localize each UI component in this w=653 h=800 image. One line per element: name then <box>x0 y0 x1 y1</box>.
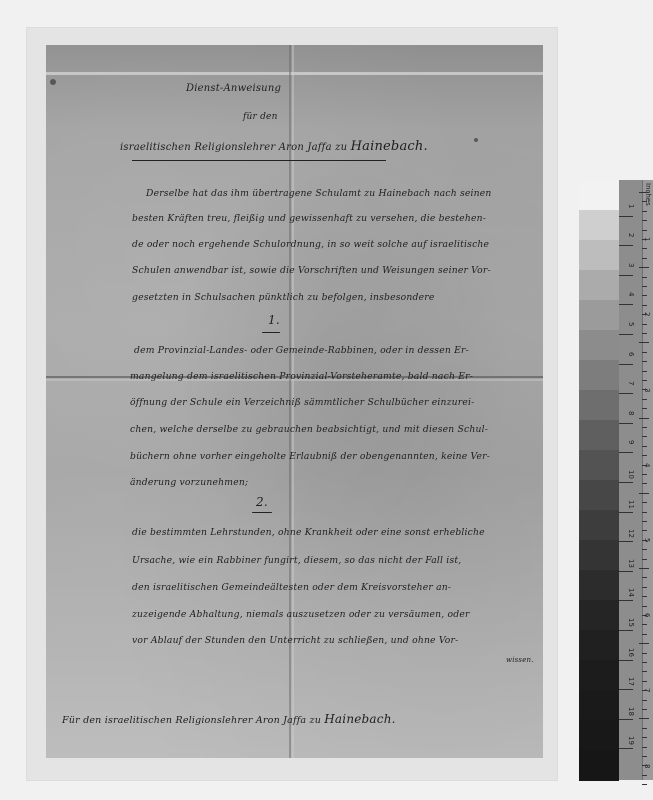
section-line: mangelung dem israelitischen Provinzial-… <box>130 371 473 382</box>
inch-tick <box>642 305 647 306</box>
inch-tick <box>639 643 649 644</box>
inch-tick <box>642 559 647 560</box>
section-line: Ursache, wie ein Rabbiner fungirt, diese… <box>132 555 461 566</box>
inch-tick <box>642 352 647 353</box>
inch-tick <box>642 784 647 785</box>
cm-label: 12 <box>627 529 635 538</box>
paper-crease <box>46 72 543 75</box>
cm-tick <box>619 541 633 542</box>
inch-tick <box>642 634 647 635</box>
cm-label: 19 <box>627 736 635 745</box>
cm-label: 2 <box>627 233 635 237</box>
inch-tick <box>642 474 647 475</box>
gray-patch <box>579 750 619 781</box>
inch-tick <box>642 286 647 287</box>
gray-patch <box>579 360 619 391</box>
cm-tick <box>619 600 633 601</box>
inch-tick <box>642 483 647 484</box>
gray-patch <box>579 660 619 691</box>
inch-tick <box>642 314 647 315</box>
cm-label: 10 <box>627 470 635 479</box>
gray-patch <box>579 240 619 271</box>
heading-addressee: israelitischen Religionslehrer Aron Jaff… <box>120 142 347 153</box>
inch-tick <box>642 624 647 625</box>
inch-tick <box>642 775 647 776</box>
inch-tick <box>642 295 647 296</box>
section-line: änderung vorzunehmen; <box>130 477 248 488</box>
section-line: wissen. <box>506 656 534 664</box>
inch-tick <box>642 549 647 550</box>
inch-tick <box>642 361 647 362</box>
inch-tick <box>642 700 647 701</box>
inch-tick <box>642 671 647 672</box>
section-line: dem Provinzial-Landes- oder Gemeinde-Rab… <box>134 345 469 356</box>
inch-tick <box>642 728 647 729</box>
inch-tick <box>642 709 647 710</box>
cm-tick <box>619 216 633 217</box>
cm-label: 18 <box>627 707 635 716</box>
inch-tick <box>642 530 647 531</box>
intro-line: gesetzten in Schulsachen pünktlich zu be… <box>132 292 434 303</box>
cm-label: 5 <box>627 322 635 326</box>
section-line: zuzeigende Abhaltung, niemals auszusetze… <box>132 609 470 620</box>
section-line: die bestimmten Lehrstunden, ohne Krankhe… <box>132 527 485 538</box>
section-number: 1. <box>268 313 280 327</box>
inch-tick <box>642 324 647 325</box>
inch-tick <box>642 446 647 447</box>
cm-label: 6 <box>627 352 635 356</box>
ink-spot <box>50 79 56 85</box>
gray-patch <box>579 480 619 511</box>
cm-label: 9 <box>627 440 635 444</box>
cm-tick <box>619 719 633 720</box>
cm-tick <box>619 748 633 749</box>
inch-tick <box>642 455 647 456</box>
inch-tick <box>642 521 647 522</box>
cm-tick <box>619 482 633 483</box>
footer-place: Hainebach. <box>324 712 395 726</box>
gray-patch <box>579 210 619 241</box>
cm-tick <box>619 304 633 305</box>
gray-scale-card <box>579 180 619 780</box>
inch-tick <box>639 568 649 569</box>
heading-line-2: für den <box>243 112 278 122</box>
cm-tick <box>619 452 633 453</box>
inch-tick <box>642 577 647 578</box>
gray-patch <box>579 450 619 481</box>
inch-tick <box>642 606 647 607</box>
scan-color-target: Inches 123456789101112131415161718191234… <box>579 180 653 780</box>
heading-line-3: israelitischen Religionslehrer Aron Jaff… <box>120 139 428 154</box>
cm-tick <box>619 275 633 276</box>
section-line: büchern ohne vorher eingeholte Erlaubniß… <box>130 451 490 462</box>
cm-label: 11 <box>627 500 635 509</box>
cm-label: 14 <box>627 588 635 597</box>
gray-patch <box>579 300 619 331</box>
intro-line: besten Kräften treu, fleißig und gewisse… <box>132 213 486 224</box>
cm-label: 4 <box>627 292 635 296</box>
gray-patch <box>579 420 619 451</box>
inch-tick <box>642 399 647 400</box>
heading-line-1: Dienst-Anweisung <box>186 83 281 94</box>
inch-tick <box>642 502 647 503</box>
heading-underline <box>132 160 386 161</box>
section-line: öffnung der Schule ein Verzeichniß sämmt… <box>130 397 474 408</box>
inch-tick <box>642 230 647 231</box>
cm-tick <box>619 245 633 246</box>
inch-tick <box>642 436 647 437</box>
cm-tick <box>619 689 633 690</box>
gray-patch <box>579 270 619 301</box>
inch-tick <box>642 737 647 738</box>
inch-tick <box>642 211 647 212</box>
inch-tick <box>642 615 647 616</box>
gray-patch <box>579 390 619 421</box>
inch-tick <box>642 389 647 390</box>
cm-label: 13 <box>627 559 635 568</box>
intro-line: Schulen anwendbar ist, sowie die Vorschr… <box>132 265 491 276</box>
section-number: 2. <box>256 495 268 509</box>
inch-tick <box>642 333 647 334</box>
inch-tick <box>642 512 647 513</box>
heading-place: Hainebach. <box>351 139 428 154</box>
gray-patch <box>579 570 619 601</box>
cm-tick <box>619 423 633 424</box>
section-number-underline <box>252 512 272 513</box>
cm-label: 7 <box>627 381 635 385</box>
section-line: vor Ablauf der Stunden den Unterricht zu… <box>132 635 458 646</box>
section-line: den israelitischen Gemeindeältesten oder… <box>132 582 451 593</box>
inch-tick <box>642 220 647 221</box>
footer-address: Für den israelitischen Religionslehrer A… <box>62 712 396 726</box>
intro-line: Derselbe hat das ihm übertragene Schulam… <box>146 188 492 199</box>
gray-patch <box>579 180 619 211</box>
inch-tick <box>642 380 647 381</box>
cm-tick <box>619 393 633 394</box>
inch-tick <box>642 371 647 372</box>
inch-tick <box>642 653 647 654</box>
inch-tick <box>642 765 647 766</box>
inch-tick <box>642 540 647 541</box>
gray-patch <box>579 330 619 361</box>
gray-patch <box>579 510 619 541</box>
inch-tick <box>642 408 647 409</box>
inch-tick <box>642 465 647 466</box>
inch-tick <box>642 596 647 597</box>
ink-spot <box>474 138 478 142</box>
cm-tick <box>619 630 633 631</box>
inch-tick <box>642 662 647 663</box>
inch-tick <box>642 747 647 748</box>
cm-tick <box>619 512 633 513</box>
inch-tick <box>642 681 647 682</box>
cm-tick <box>619 660 633 661</box>
inch-tick <box>639 418 649 419</box>
inch-tick <box>642 248 647 249</box>
inch-tick <box>639 493 649 494</box>
inch-tick <box>639 342 649 343</box>
inch-tick <box>642 201 647 202</box>
inch-tick <box>642 258 647 259</box>
cm-label: 17 <box>627 677 635 686</box>
footer-addressee: Für den israelitischen Religionslehrer A… <box>62 715 321 726</box>
inch-tick <box>642 427 647 428</box>
inch-tick <box>639 718 649 719</box>
inch-tick <box>642 239 647 240</box>
cm-tick <box>619 364 633 365</box>
inch-tick <box>642 277 647 278</box>
section-line: chen, welche derselbe zu gebrauchen beab… <box>130 424 488 435</box>
gray-patch <box>579 690 619 721</box>
cm-tick <box>619 571 633 572</box>
inch-tick <box>639 267 649 268</box>
cm-tick <box>619 334 633 335</box>
gray-patch <box>579 540 619 571</box>
inch-tick <box>639 192 649 193</box>
section-number-underline <box>262 332 280 333</box>
cm-label: 3 <box>627 263 635 267</box>
gray-patch <box>579 600 619 631</box>
gray-patch <box>579 630 619 661</box>
gray-patch <box>579 720 619 751</box>
cm-label: 16 <box>627 648 635 657</box>
inch-tick <box>642 690 647 691</box>
inch-tick <box>642 587 647 588</box>
inch-tick <box>642 756 647 757</box>
cm-label: 1 <box>627 204 635 208</box>
intro-line: de oder noch ergehende Schulordnung, in … <box>132 239 489 250</box>
cm-label: 8 <box>627 411 635 415</box>
cm-label: 15 <box>627 618 635 627</box>
